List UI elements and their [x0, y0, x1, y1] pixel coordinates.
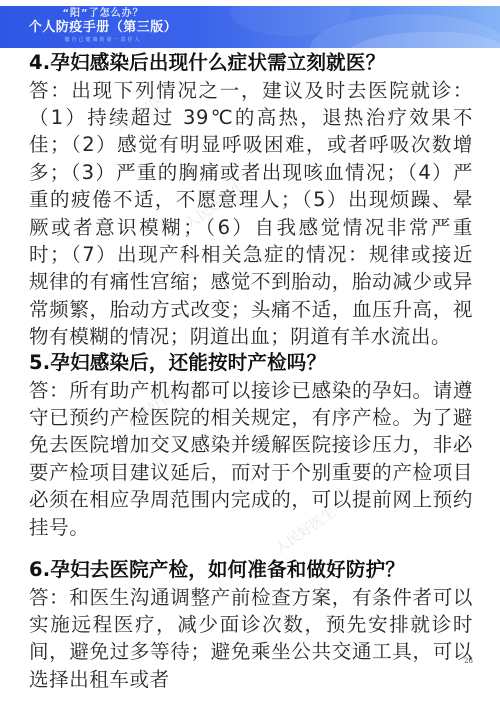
qa-section-6: 6.孕妇去医院产检，如何准备和做好防护？ 答：和医生沟通调整产前检查方案，有条件… [29, 556, 473, 693]
banner-kicker: “阳”了怎么办？ [28, 8, 178, 20]
qa-section-4: 4.孕妇感染后出现什么症状需立刻就医？ 答：出现下列情况之一，建议及时去医院就诊… [29, 49, 473, 351]
header-banner: “阳”了怎么办？ 个人防疫手册（第三版） 做自己健康的第一责任人 [0, 6, 500, 48]
page-number: 26 [464, 657, 473, 665]
question-heading: 6.孕妇去医院产检，如何准备和做好防护？ [29, 556, 473, 584]
question-heading: 4.孕妇感染后出现什么症状需立刻就医？ [29, 49, 473, 77]
question-heading: 5.孕妇感染后，还能按时产检吗？ [29, 349, 473, 377]
qa-section-5: 5.孕妇感染后，还能按时产检吗？ 答：所有助产机构都可以接诊已感染的孕妇。请遵守… [29, 349, 473, 541]
banner-text-block: “阳”了怎么办？ 个人防疫手册（第三版） 做自己健康的第一责任人 [28, 8, 178, 44]
answer-paragraph: 答：和医生沟通调整产前检查方案，有条件者可以实施远程医疗，减少面诊次数，预先安排… [29, 584, 473, 694]
answer-paragraph: 答：所有助产机构都可以接诊已感染的孕妇。请遵守已预约产检医院的相关规定，有序产检… [29, 377, 473, 541]
banner-title: 个人防疫手册（第三版） [28, 20, 178, 36]
banner-subtitle: 做自己健康的第一责任人 [28, 36, 178, 44]
answer-paragraph: 答：出现下列情况之一，建议及时去医院就诊：（1）持续超过 39℃的高热，退热治疗… [29, 77, 473, 351]
